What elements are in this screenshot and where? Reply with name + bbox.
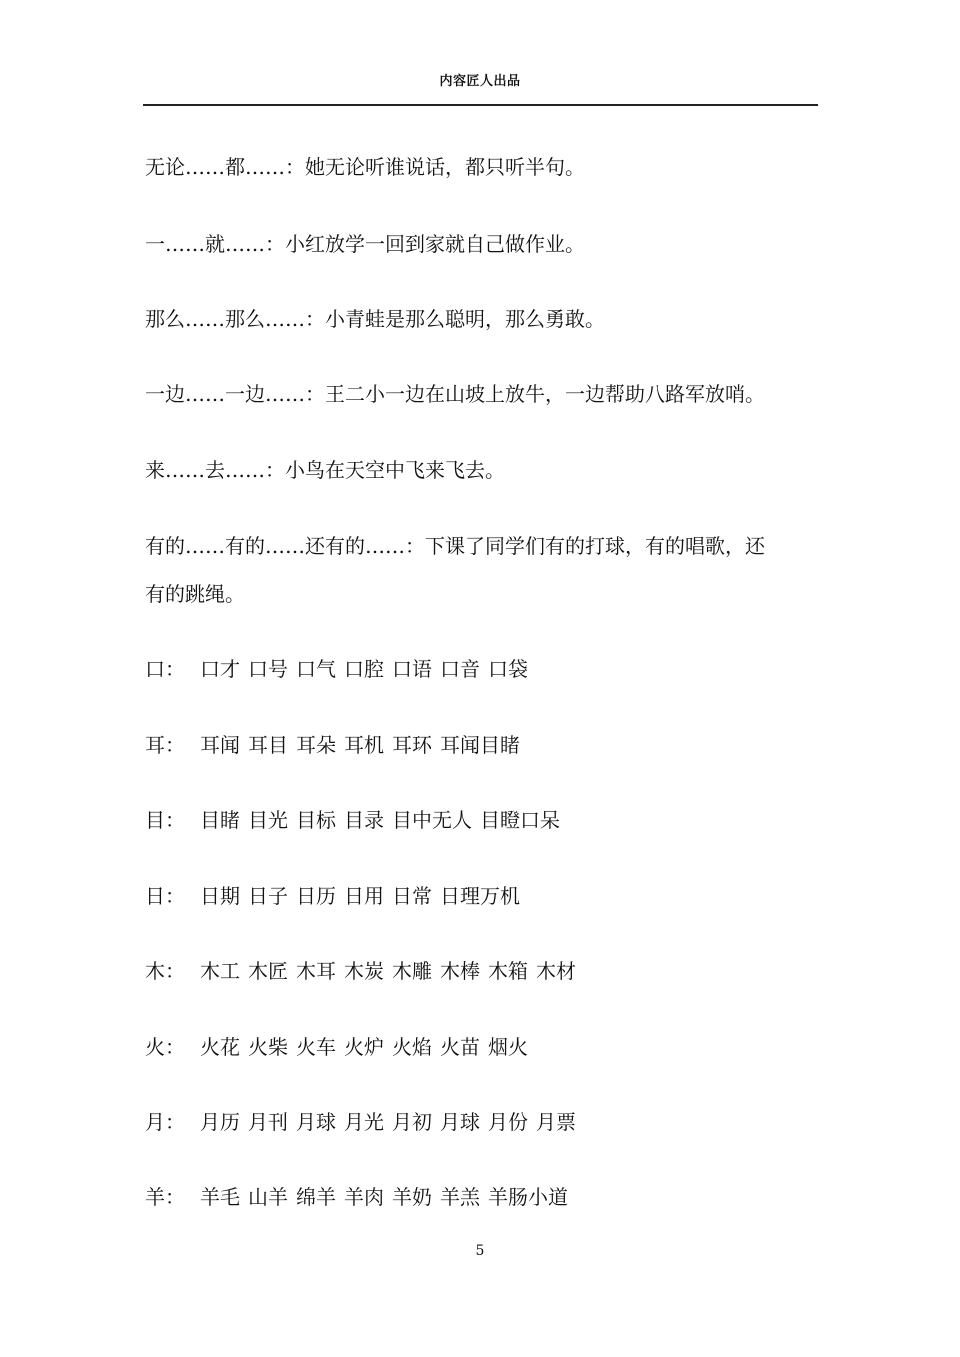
sentence-example: 王二小一边在山坡上放牛，一边帮助八路军放哨。 — [325, 382, 765, 406]
vocab-word: 月刊 — [248, 1110, 288, 1134]
vocab-word: 火苗 — [440, 1035, 480, 1059]
vocab-word: 日理万机 — [440, 884, 520, 908]
page-header-title: 内容匠人出品 — [0, 70, 960, 89]
vocab-word: 月初 — [392, 1110, 432, 1134]
page-number: 5 — [0, 1243, 960, 1259]
vocab-word: 火焰 — [392, 1035, 432, 1059]
sentence-line: 来……去……：小鸟在天空中飞来飞去。 — [145, 456, 505, 484]
vocab-word: 火花 — [200, 1035, 240, 1059]
vocab-word: 耳环 — [392, 733, 432, 757]
sentence-line: 无论……都……：她无论听谁说话，都只听半句。 — [145, 153, 585, 181]
vocab-row-ri: 日：日期日子日历日用日常日理万机 — [145, 882, 528, 910]
sentence-line: 那么……那么……：小青蛙是那么聪明，那么勇敢。 — [145, 305, 605, 333]
vocab-word: 口音 — [440, 657, 480, 681]
vocab-word: 木棒 — [440, 959, 480, 983]
vocab-word: 木材 — [536, 959, 576, 983]
vocab-word: 火柴 — [248, 1035, 288, 1059]
vocab-word: 目标 — [296, 808, 336, 832]
vocab-word: 日常 — [392, 884, 432, 908]
vocab-word: 耳机 — [344, 733, 384, 757]
vocab-word: 目光 — [248, 808, 288, 832]
vocab-word: 木工 — [200, 959, 240, 983]
sentence-example: 小红放学一回到家就自己做作业。 — [285, 232, 585, 256]
vocab-label: 羊： — [145, 1183, 200, 1211]
vocab-word: 羊奶 — [392, 1185, 432, 1209]
vocab-word: 耳朵 — [296, 733, 336, 757]
vocab-label: 耳： — [145, 731, 200, 759]
vocab-label: 口： — [145, 655, 200, 683]
vocab-word: 绵羊 — [296, 1185, 336, 1209]
vocab-row-kou: 口：口才口号口气口腔口语口音口袋 — [145, 655, 536, 683]
sentence-pattern: 来……去……： — [145, 458, 285, 482]
sentence-example: 下课了同学们有的打球，有的唱歌，还 — [425, 534, 765, 558]
vocab-word: 火车 — [296, 1035, 336, 1059]
vocab-word: 耳闻目睹 — [440, 733, 520, 757]
vocab-row-yang: 羊：羊毛山羊绵羊羊肉羊奶羊羔羊肠小道 — [145, 1183, 576, 1211]
vocab-word: 山羊 — [248, 1185, 288, 1209]
vocab-word: 日子 — [248, 884, 288, 908]
header-divider — [143, 104, 818, 106]
vocab-label: 目： — [145, 806, 200, 834]
vocab-word: 口袋 — [488, 657, 528, 681]
sentence-continuation: 有的跳绳。 — [145, 580, 245, 608]
vocab-word: 口号 — [248, 657, 288, 681]
sentence-example: 小青蛙是那么聪明，那么勇敢。 — [325, 307, 605, 331]
sentence-pattern: 有的……有的……还有的……： — [145, 534, 425, 558]
vocab-word: 羊羔 — [440, 1185, 480, 1209]
vocab-word: 木匠 — [248, 959, 288, 983]
sentence-pattern: 那么……那么……： — [145, 307, 325, 331]
vocab-label: 日： — [145, 882, 200, 910]
vocab-row-mu-wood: 木：木工木匠木耳木炭木雕木棒木箱木材 — [145, 957, 584, 985]
vocab-word: 月球 — [296, 1110, 336, 1134]
vocab-word: 月光 — [344, 1110, 384, 1134]
vocab-word: 耳闻 — [200, 733, 240, 757]
vocab-row-huo: 火：火花火柴火车火炉火焰火苗烟火 — [145, 1033, 536, 1061]
vocab-word: 木箱 — [488, 959, 528, 983]
vocab-row-yue: 月：月历月刊月球月光月初月球月份月票 — [145, 1108, 584, 1136]
vocab-word: 木炭 — [344, 959, 384, 983]
vocab-word: 口气 — [296, 657, 336, 681]
vocab-word: 耳目 — [248, 733, 288, 757]
vocab-word: 月球 — [440, 1110, 480, 1134]
vocab-row-mu-eye: 目：目睹目光目标目录目中无人目瞪口呆 — [145, 806, 568, 834]
vocab-word: 木耳 — [296, 959, 336, 983]
sentence-example: 她无论听谁说话，都只听半句。 — [305, 155, 585, 179]
vocab-word: 日用 — [344, 884, 384, 908]
sentence-pattern: 一……就……： — [145, 232, 285, 256]
vocab-word: 目录 — [344, 808, 384, 832]
vocab-word: 羊肉 — [344, 1185, 384, 1209]
vocab-word: 火炉 — [344, 1035, 384, 1059]
sentence-line: 一边……一边……：王二小一边在山坡上放牛，一边帮助八路军放哨。 — [145, 380, 765, 408]
sentence-line: 一……就……：小红放学一回到家就自己做作业。 — [145, 230, 585, 258]
sentence-line: 有的……有的……还有的……：下课了同学们有的打球，有的唱歌，还 — [145, 532, 765, 560]
vocab-row-er: 耳：耳闻耳目耳朵耳机耳环耳闻目睹 — [145, 731, 528, 759]
vocab-label: 火： — [145, 1033, 200, 1061]
sentence-pattern: 无论……都……： — [145, 155, 305, 179]
vocab-word: 口腔 — [344, 657, 384, 681]
vocab-label: 木： — [145, 957, 200, 985]
sentence-pattern: 一边……一边……： — [145, 382, 325, 406]
vocab-word: 日期 — [200, 884, 240, 908]
vocab-word: 目中无人 — [392, 808, 472, 832]
vocab-word: 目睹 — [200, 808, 240, 832]
vocab-word: 日历 — [296, 884, 336, 908]
vocab-word: 月历 — [200, 1110, 240, 1134]
vocab-word: 口语 — [392, 657, 432, 681]
vocab-word: 月票 — [536, 1110, 576, 1134]
vocab-word: 羊肠小道 — [488, 1185, 568, 1209]
vocab-label: 月： — [145, 1108, 200, 1136]
vocab-word: 木雕 — [392, 959, 432, 983]
vocab-word: 目瞪口呆 — [480, 808, 560, 832]
vocab-word: 羊毛 — [200, 1185, 240, 1209]
sentence-example: 小鸟在天空中飞来飞去。 — [285, 458, 505, 482]
vocab-word: 口才 — [200, 657, 240, 681]
vocab-word: 烟火 — [488, 1035, 528, 1059]
vocab-word: 月份 — [488, 1110, 528, 1134]
